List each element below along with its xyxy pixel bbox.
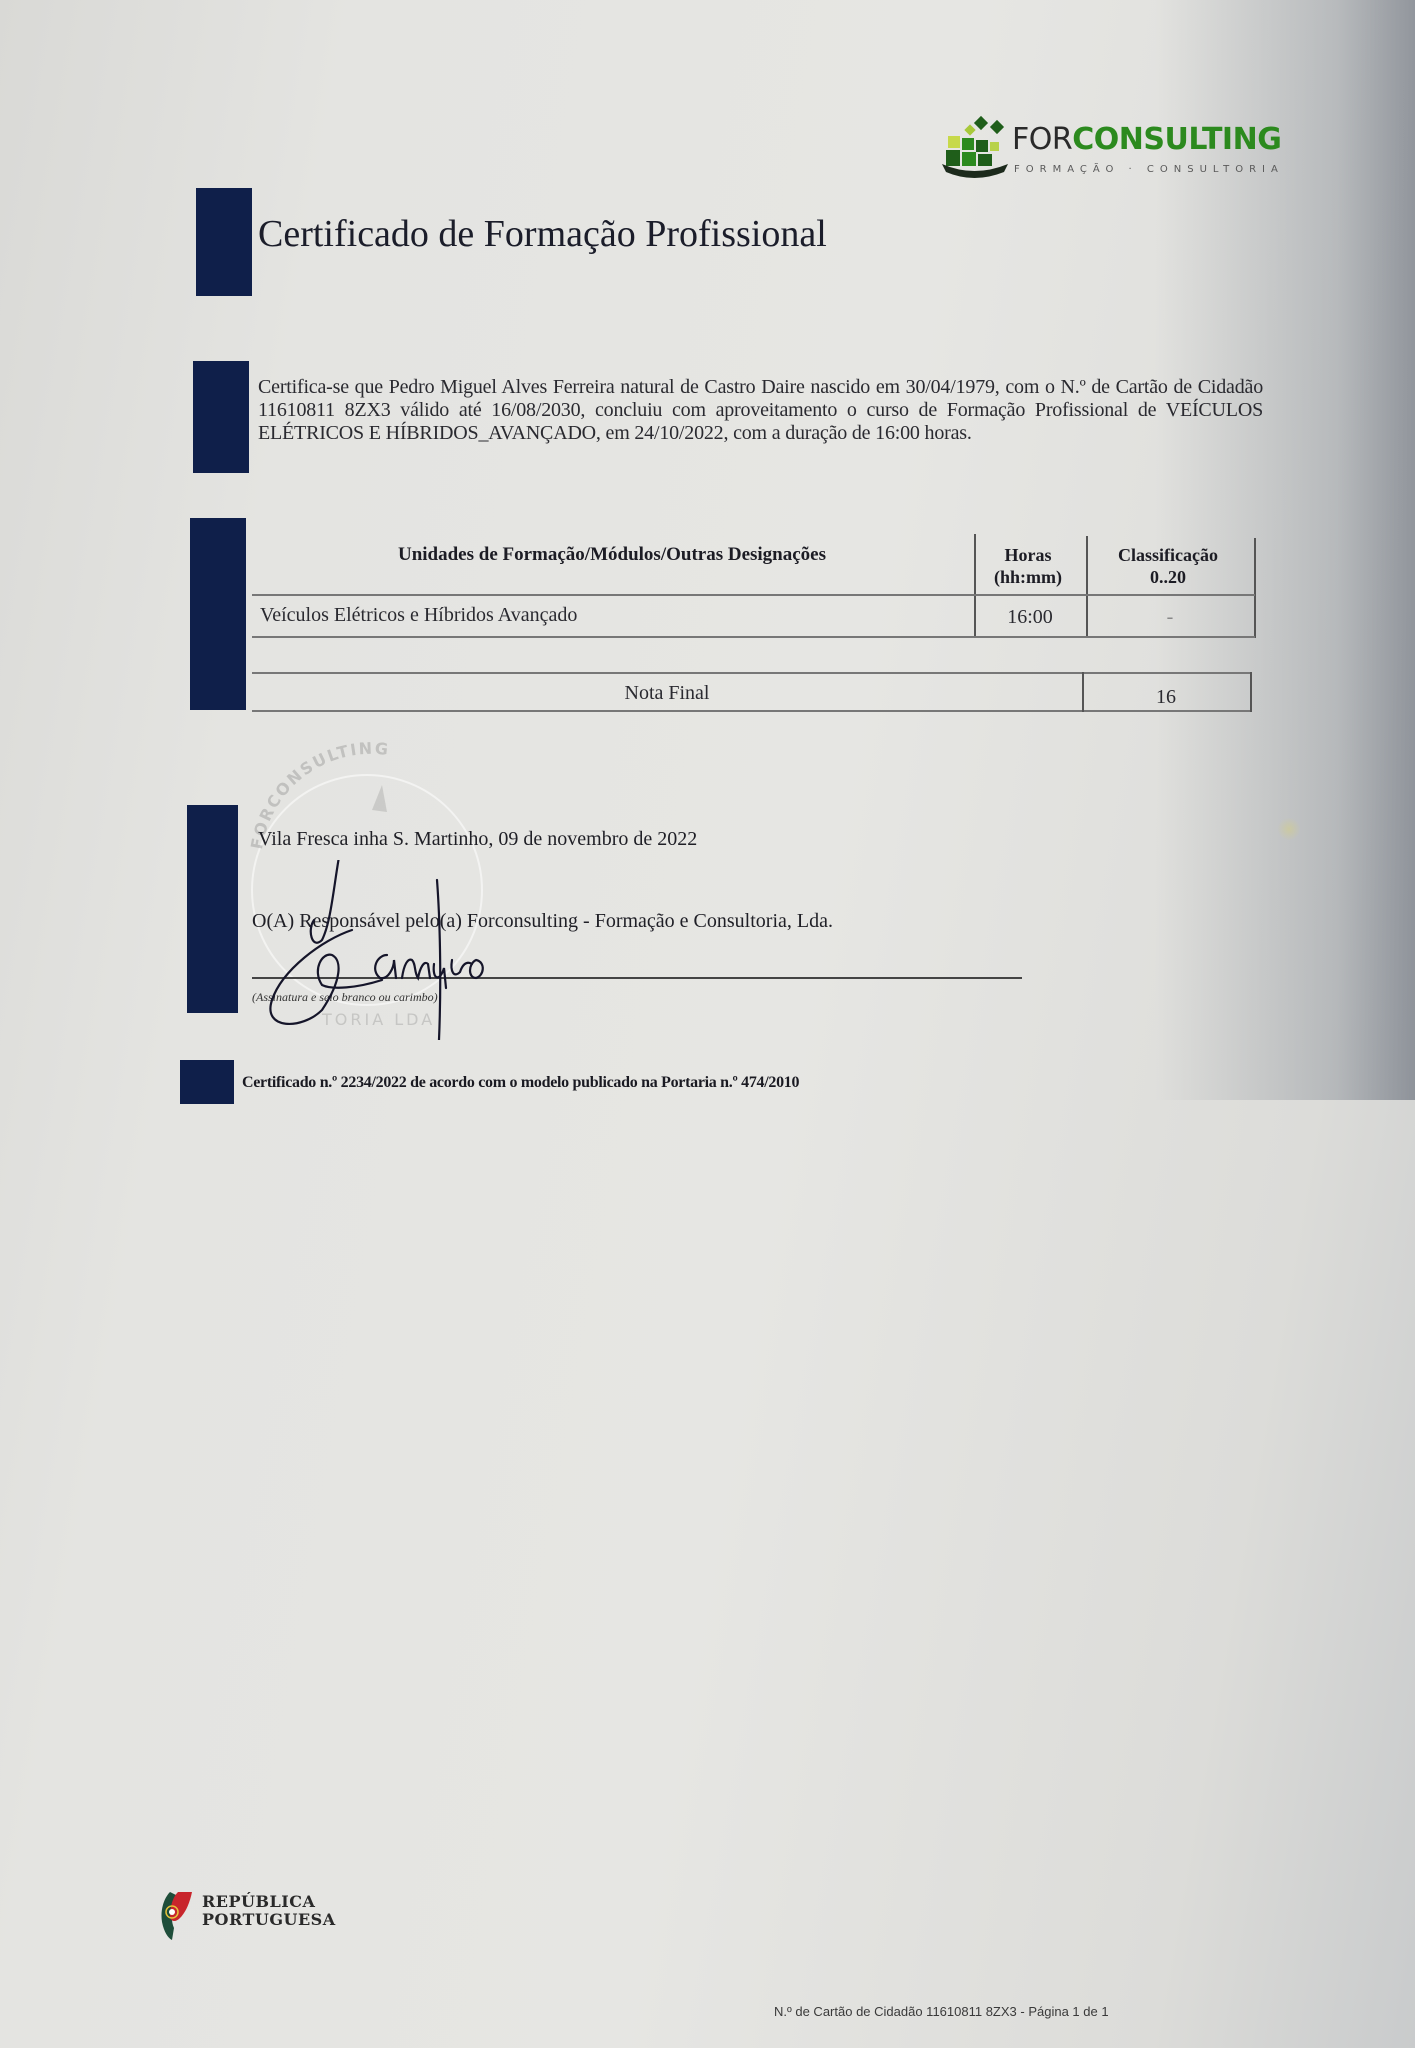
- republica-portuguesa-text: REPÚBLICA PORTUGUESA: [202, 1893, 336, 1929]
- certification-text: Certifica-se que Pedro Miguel Alves Ferr…: [258, 376, 1263, 445]
- paper-stain: [1278, 818, 1300, 840]
- header-grade-line1: Classificação: [1084, 544, 1252, 566]
- page-title: Certificado de Formação Profissional: [258, 212, 827, 256]
- logo-word-for: FOR: [1012, 122, 1072, 157]
- row-hours: 16:00: [974, 606, 1086, 629]
- section-accent-bar: [180, 1060, 234, 1104]
- building-blocks-logo-icon: [938, 112, 1010, 184]
- republica-portuguesa-logo: REPÚBLICA PORTUGUESA: [156, 1888, 356, 1948]
- row-grade: -: [1086, 606, 1254, 629]
- section-accent-bar: [190, 518, 246, 710]
- table-header: Unidades de Formação/Módulos/Outras Desi…: [252, 530, 1255, 598]
- certificate-number: Certificado n.º 2234/2022 de acordo com …: [242, 1074, 799, 1092]
- table-divider: [252, 672, 1252, 674]
- header-hours-line1: Horas: [972, 544, 1084, 566]
- table-divider: [252, 594, 1255, 596]
- portuguese-flag-icon: [156, 1888, 196, 1942]
- section-accent-bar: [196, 188, 252, 296]
- table-divider: [1254, 538, 1256, 638]
- final-grade-value: 16: [1082, 686, 1250, 709]
- table-divider: [252, 636, 1255, 638]
- table-divider: [1250, 672, 1252, 712]
- section-accent-bar: [193, 361, 249, 473]
- gov-line2: PORTUGUESA: [202, 1911, 336, 1929]
- header-units: Unidades de Formação/Módulos/Outras Desi…: [252, 544, 972, 566]
- header-hours: Horas (hh:mm): [972, 544, 1084, 588]
- handwritten-signature: [262, 860, 562, 1040]
- forconsulting-logo: FORCONSULTING FORMAÇÃO · CONSULTORIA: [938, 112, 1268, 186]
- final-grade-label: Nota Final: [252, 682, 1082, 705]
- row-unit: Veículos Elétricos e Híbridos Avançado: [260, 604, 577, 627]
- header-hours-line2: (hh:mm): [972, 566, 1084, 588]
- section-accent-bar: [187, 805, 238, 1013]
- header-grade-line2: 0..20: [1084, 566, 1252, 588]
- logo-tagline: FORMAÇÃO · CONSULTORIA: [1014, 164, 1284, 175]
- logo-word-consulting: CONSULTING: [1072, 122, 1281, 157]
- header-grade: Classificação 0..20: [1084, 544, 1252, 588]
- page-footer: N.º de Cartão de Cidadão 11610811 8ZX3 -…: [774, 2004, 1109, 2019]
- place-and-date: Vila Fresca inha S. Martinho, 09 de nove…: [258, 828, 697, 851]
- gov-line1: REPÚBLICA: [202, 1893, 336, 1911]
- logo-wordmark: FORCONSULTING: [1012, 122, 1281, 157]
- table-divider: [252, 710, 1252, 712]
